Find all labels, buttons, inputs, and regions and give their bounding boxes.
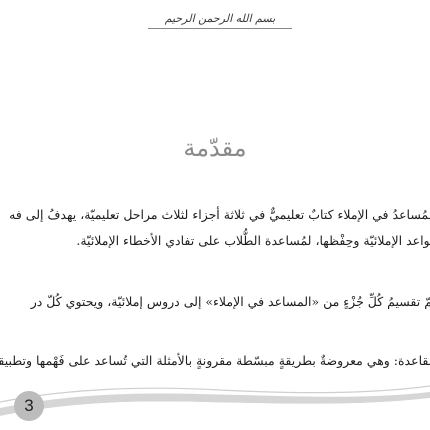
page-title: مقدّمة (0, 134, 430, 162)
paragraph-2-line-1: تمّ تقسيمُ كُلِّ جُزْءٍ من «المساعد في ا… (31, 287, 430, 317)
paragraph-1-line-2: قواعد الإملائيّة وحِفْظها، لمُساعدة الطُ… (76, 226, 430, 256)
paragraph-3-line-1: القاعدة: وهي معروضةٌ بطريقةٍ مبسّطة مقرو… (0, 346, 430, 376)
page-number: 3 (24, 396, 33, 416)
footer-swoosh-decoration (0, 378, 430, 430)
document-page: بسم الله الرحمن الرحيم مقدّمة المُساعدُ … (0, 0, 430, 430)
header-divider (148, 28, 292, 29)
basmala-header: بسم الله الرحمن الرحيم (140, 12, 300, 36)
page-number-badge: 3 (14, 391, 44, 421)
